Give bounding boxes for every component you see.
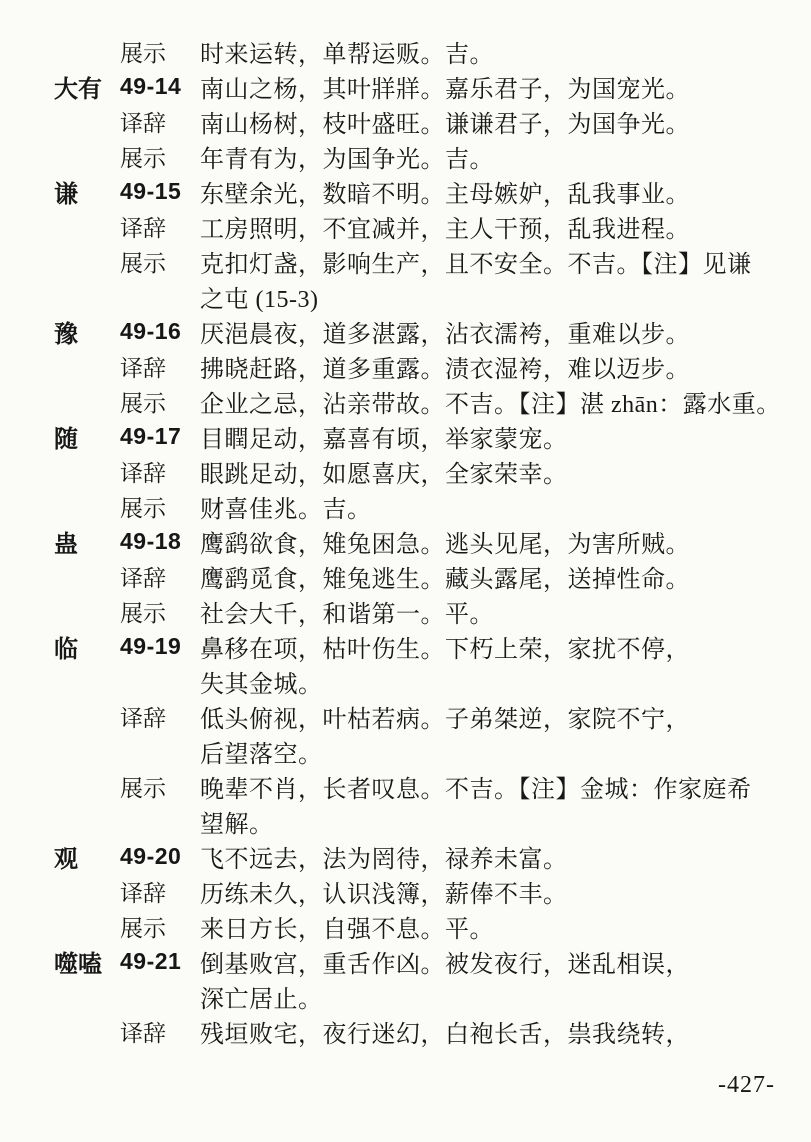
row-label: 展示 (120, 385, 200, 418)
row-label: 展示 (120, 490, 200, 523)
hexagram-name: 临 (54, 629, 120, 664)
entry-row: 豫 49-16 厌浥晨夜，道多湛露，沾衣濡袴，重难以步。 (0, 314, 811, 349)
text-row: 译辞 眼跳足动，如愿喜庆，全家荣幸。 (0, 454, 811, 489)
row-label: 译辞 (120, 210, 200, 243)
row-text: 东壁余光，数暗不明。主母嫉妒，乱我事业。 (200, 174, 811, 209)
text-row: 展示 社会大千，和谐第一。平。 (0, 594, 811, 629)
row-text: 失其金城。 (200, 664, 811, 699)
row-text: 倒基败宫，重舌作凶。被发夜行，迷乱相误， (200, 944, 811, 979)
continuation-row: 后望落空。 (0, 734, 811, 769)
row-text: 历练未久，认识浅簿，薪俸不丰。 (200, 874, 811, 909)
entry-row: 噬嗑 49-21 倒基败宫，重舌作凶。被发夜行，迷乱相误， (0, 944, 811, 979)
scanned-book-page: 展示 时来运转，单帮运贩。吉。 大有 49-14 南山之杨，其叶牂牂。嘉乐君子，… (0, 0, 811, 1049)
row-text: 低头俯视，叶枯若病。子弟桀逆，家院不宁， (200, 699, 811, 734)
entry-code: 49-19 (120, 633, 200, 660)
entry-code: 49-21 (120, 948, 200, 975)
entry-row: 谦 49-15 东壁余光，数暗不明。主母嫉妒，乱我事业。 (0, 174, 811, 209)
entry-code: 49-14 (120, 73, 200, 100)
text-row: 译辞 低头俯视，叶枯若病。子弟桀逆，家院不宁， (0, 699, 811, 734)
text-row: 译辞 历练未久，认识浅簿，薪俸不丰。 (0, 874, 811, 909)
row-text: 工房照明，不宜减并，主人干预，乱我进程。 (200, 209, 811, 244)
text-row: 译辞 南山杨树，枝叶盛旺。谦谦君子，为国争光。 (0, 104, 811, 139)
row-label: 展示 (120, 245, 200, 278)
continuation-row: 之屯 (15-3) (0, 279, 811, 314)
text-row: 译辞 工房照明，不宜减并，主人干预，乱我进程。 (0, 209, 811, 244)
row-text: 时来运转，单帮运贩。吉。 (200, 34, 811, 69)
entry-row: 随 49-17 目瞤足动，嘉喜有顷，举家蒙宠。 (0, 419, 811, 454)
row-text: 南山杨树，枝叶盛旺。谦谦君子，为国争光。 (200, 104, 811, 139)
hexagram-name: 大有 (54, 69, 120, 104)
entry-code: 49-18 (120, 528, 200, 555)
text-row: 译辞 残垣败宅，夜行迷幻，白袍长舌，祟我绕转， (0, 1014, 811, 1049)
row-text: 飞不远去，法为罔待，禄养未富。 (200, 839, 811, 874)
hexagram-name: 随 (54, 419, 120, 454)
row-label: 译辞 (120, 560, 200, 593)
row-text: 财喜佳兆。吉。 (200, 489, 811, 524)
row-text: 来日方长，自强不息。平。 (200, 909, 811, 944)
text-row: 展示 晚辈不肖，长者叹息。不吉。【注】金城：作家庭希 (0, 769, 811, 804)
entry-code: 49-20 (120, 843, 200, 870)
row-text: 晚辈不肖，长者叹息。不吉。【注】金城：作家庭希 (200, 769, 811, 804)
hexagram-name: 噬嗑 (54, 944, 120, 979)
text-row: 译辞 鹰鹞觅食，雉兔逃生。藏头露尾，送掉性命。 (0, 559, 811, 594)
text-row: 展示 时来运转，单帮运贩。吉。 (0, 34, 811, 69)
row-text: 企业之忌，沾亲带故。不吉。【注】湛 zhān：露水重。 (200, 384, 811, 419)
hexagram-name: 蛊 (54, 524, 120, 559)
row-text: 鹰鹞欲食，雉兔困急。逃头见尾，为害所贼。 (200, 524, 811, 559)
row-text: 残垣败宅，夜行迷幻，白袍长舌，祟我绕转， (200, 1014, 811, 1049)
entry-row: 观 49-20 飞不远去，法为罔待，禄养未富。 (0, 839, 811, 874)
row-label: 展示 (120, 910, 200, 943)
row-text: 眼跳足动，如愿喜庆，全家荣幸。 (200, 454, 811, 489)
row-text: 年青有为，为国争光。吉。 (200, 139, 811, 174)
entry-row: 蛊 49-18 鹰鹞欲食，雉兔困急。逃头见尾，为害所贼。 (0, 524, 811, 559)
row-label: 展示 (120, 35, 200, 68)
row-label: 展示 (120, 140, 200, 173)
text-row: 展示 财喜佳兆。吉。 (0, 489, 811, 524)
entry-code: 49-17 (120, 423, 200, 450)
entry-row: 临 49-19 鼻移在项，枯叶伤生。下朽上荣，家扰不停， (0, 629, 811, 664)
row-label: 展示 (120, 770, 200, 803)
continuation-row: 失其金城。 (0, 664, 811, 699)
row-label: 译辞 (120, 875, 200, 908)
row-text: 深亡居止。 (200, 979, 811, 1014)
row-text: 社会大千，和谐第一。平。 (200, 594, 811, 629)
row-text: 之屯 (15-3) (200, 279, 811, 314)
entry-code: 49-16 (120, 318, 200, 345)
text-row: 展示 克扣灯盏，影响生产，且不安全。不吉。【注】见谦 (0, 244, 811, 279)
entry-row: 大有 49-14 南山之杨，其叶牂牂。嘉乐君子，为国宠光。 (0, 69, 811, 104)
text-row: 展示 年青有为，为国争光。吉。 (0, 139, 811, 174)
row-text: 望解。 (200, 804, 811, 839)
text-row: 译辞 拂晓赶路，道多重露。渍衣湿袴，难以迈步。 (0, 349, 811, 384)
row-text: 鼻移在项，枯叶伤生。下朽上荣，家扰不停， (200, 629, 811, 664)
row-text: 克扣灯盏，影响生产，且不安全。不吉。【注】见谦 (200, 244, 811, 279)
text-row: 展示 来日方长，自强不息。平。 (0, 909, 811, 944)
continuation-row: 望解。 (0, 804, 811, 839)
row-label: 展示 (120, 595, 200, 628)
entry-code: 49-15 (120, 178, 200, 205)
row-text: 拂晓赶路，道多重露。渍衣湿袴，难以迈步。 (200, 349, 811, 384)
row-text: 目瞤足动，嘉喜有顷，举家蒙宠。 (200, 419, 811, 454)
row-label: 译辞 (120, 350, 200, 383)
hexagram-name: 豫 (54, 314, 120, 349)
text-row: 展示 企业之忌，沾亲带故。不吉。【注】湛 zhān：露水重。 (0, 384, 811, 419)
row-label: 译辞 (120, 700, 200, 733)
row-text: 鹰鹞觅食，雉兔逃生。藏头露尾，送掉性命。 (200, 559, 811, 594)
row-label: 译辞 (120, 1015, 200, 1048)
page-number: -427- (718, 1072, 775, 1099)
row-text: 南山之杨，其叶牂牂。嘉乐君子，为国宠光。 (200, 69, 811, 104)
hexagram-name: 观 (54, 839, 120, 874)
row-label: 译辞 (120, 105, 200, 138)
row-text: 后望落空。 (200, 734, 811, 769)
continuation-row: 深亡居止。 (0, 979, 811, 1014)
hexagram-name: 谦 (54, 174, 120, 209)
row-label: 译辞 (120, 455, 200, 488)
row-text: 厌浥晨夜，道多湛露，沾衣濡袴，重难以步。 (200, 314, 811, 349)
